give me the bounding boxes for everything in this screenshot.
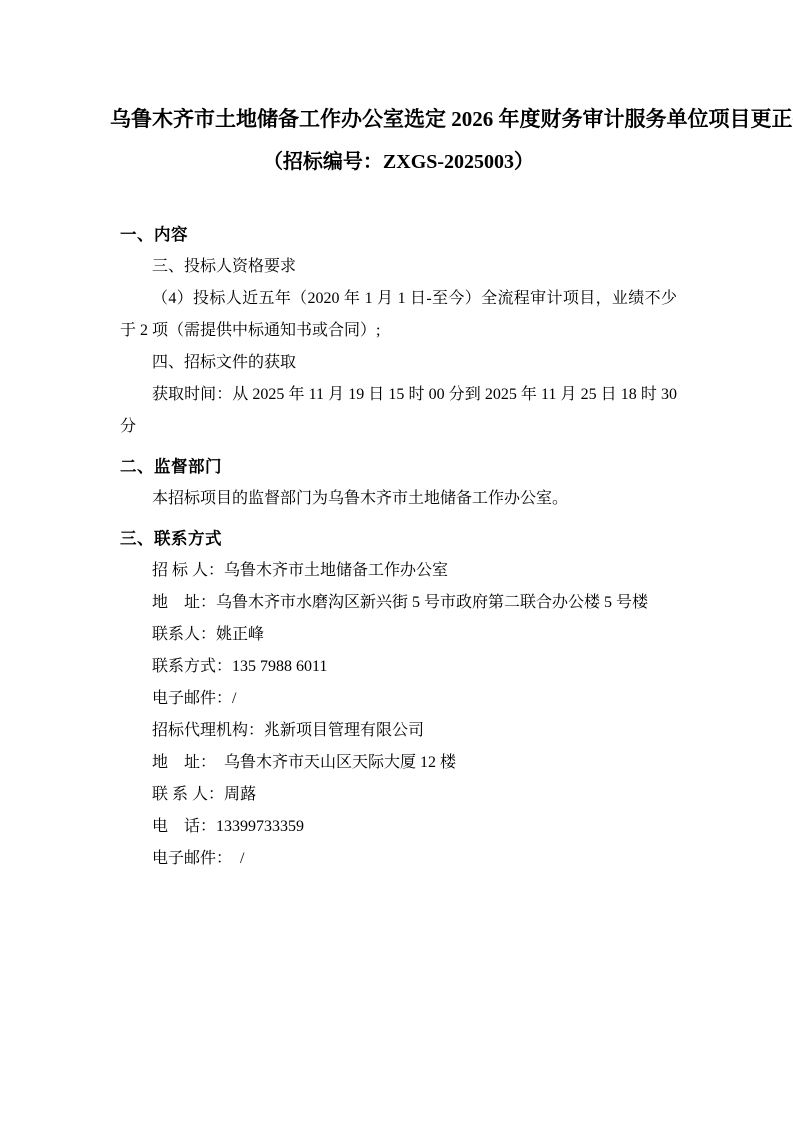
contact-line-agency-address: 地 址： 乌鲁木齐市天山区天际大厦 12 楼 — [120, 747, 677, 779]
contact-line-tenderer: 招 标 人：乌鲁木齐市土地储备工作办公室 — [120, 555, 677, 587]
contact-line-tenderer-email: 电子邮件：/ — [120, 683, 677, 715]
contact-line-tenderer-phone: 联系方式：135 7988 6011 — [120, 651, 677, 683]
contact-line-tenderer-address: 地 址：乌鲁木齐市水磨沟区新兴街 5 号市政府第二联合办公楼 5 号楼 — [120, 587, 677, 619]
section-heading-content: 一、内容 — [120, 219, 677, 251]
para-supervision-department: 本招标项目的监督部门为乌鲁木齐市土地储备工作办公室。 — [120, 483, 677, 515]
doc-subtitle: （招标编号：ZXGS-2025003） — [120, 146, 677, 178]
document-page: 乌鲁木齐市土地储备工作办公室选定 2026 年度财务审计服务单位项目更正公告 （… — [0, 0, 793, 1122]
section-heading-contact: 三、联系方式 — [120, 523, 677, 555]
contact-line-agency-person: 联 系 人：周蕗 — [120, 779, 677, 811]
contact-line-tenderer-person: 联系人：姚正峰 — [120, 619, 677, 651]
doc-title: 乌鲁木齐市土地储备工作办公室选定 2026 年度财务审计服务单位项目更正公告 — [110, 103, 687, 135]
para-bidder-qualification-heading: 三、投标人资格要求 — [120, 251, 677, 283]
section-heading-supervision: 二、监督部门 — [120, 451, 677, 483]
para-bidder-qualification-item4: （4）投标人近五年（2020 年 1 月 1 日-至今）全流程审计项目，业绩不少… — [120, 283, 677, 347]
para-acquisition-time: 获取时间：从 2025 年 11 月 19 日 15 时 00 分到 2025 … — [120, 379, 677, 443]
para-document-acquisition-heading: 四、招标文件的获取 — [120, 347, 677, 379]
contact-line-agency: 招标代理机构：兆新项目管理有限公司 — [120, 715, 677, 747]
contact-line-agency-phone: 电 话：13399733359 — [120, 811, 677, 843]
contact-line-agency-email: 电子邮件： / — [120, 843, 677, 875]
document-content: 乌鲁木齐市土地储备工作办公室选定 2026 年度财务审计服务单位项目更正公告 （… — [120, 103, 677, 875]
